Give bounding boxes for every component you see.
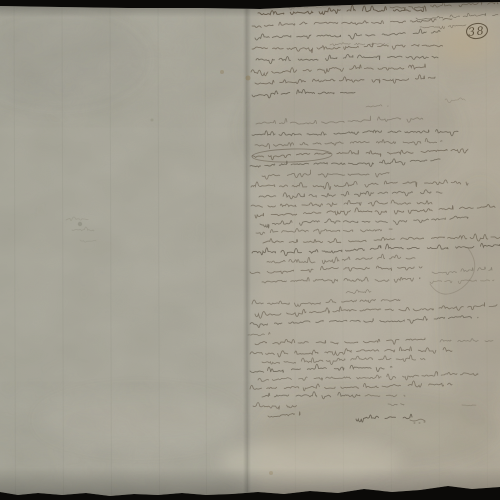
top-edge-shadow bbox=[0, 2, 500, 17]
center-fold bbox=[243, 0, 251, 500]
stamp-number: 38 bbox=[468, 24, 486, 39]
bottom-edge-shadow bbox=[0, 468, 500, 497]
photo-backdrop: 38 bbox=[0, 0, 500, 500]
paper-stain bbox=[151, 119, 154, 122]
manuscript-photo: 38 bbox=[0, 0, 500, 500]
paper-stain bbox=[246, 76, 251, 81]
paper-stain bbox=[78, 222, 82, 226]
paper-stain bbox=[220, 70, 224, 74]
